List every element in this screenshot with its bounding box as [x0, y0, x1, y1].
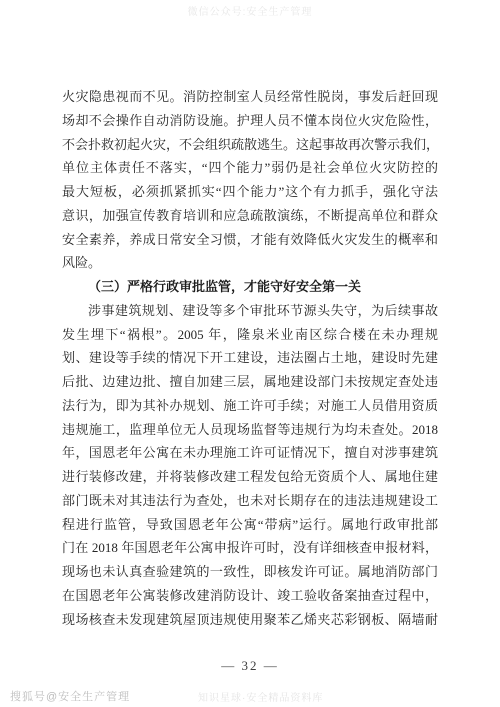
body-line: 意识，加强宣传教育培训和应急疏散演练，不断提高单位和群众 — [62, 204, 438, 228]
body-line: 场却不会操作自动消防设施。护理人员不懂本岗位火灾危险性， — [62, 109, 438, 133]
body-line: 门在 2018 年国恩老年公寓申报许可时，没有详细核查申报材料， — [62, 536, 438, 560]
page-number: — 32 — — [0, 658, 500, 674]
body-line: 火灾隐患视而不见。消防控制室人员经常性脱岗，事发后赶回现 — [62, 85, 438, 109]
section-heading: （三）严格行政审批监管，才能守好安全第一关 — [62, 275, 438, 299]
body-line: 风险。 — [62, 251, 438, 275]
body-line: 在国恩老年公寓装修改建消防设计、竣工验收备案抽查过程中， — [62, 584, 438, 608]
body-line: 安全素养，养成日常安全习惯，才能有效降低火灾发生的概率和 — [62, 228, 438, 252]
body-line: 法行为，即为其补办规划、施工许可手续；对施工人员借用资质 — [62, 394, 438, 418]
watermark-top: 微信公众号:安全生产管理 — [0, 3, 500, 18]
body-line: 单位主体责任不落实，“四个能力”弱仍是社会单位火灾防控的 — [62, 156, 438, 180]
watermark-bottom-left: 搜狐号@安全生产管理 — [10, 688, 130, 704]
body-line: 后批、边建边批、擅自加建三层，属地建设部门未按规定查处违 — [62, 370, 438, 394]
body-line: 不会扑救初起火灾，不会组织疏散逃生。这起事故再次警示我们， — [62, 133, 438, 157]
body-line: 涉事建筑规划、建设等多个审批环节源头失守，为后续事故 — [62, 299, 438, 323]
watermark-bottom-right: 知识星球·安全精品资料库 — [198, 689, 323, 704]
body-line: 年，国恩老年公寓在未办理施工许可证情况下，擅自对涉事建筑 — [62, 441, 438, 465]
body-text: 火灾隐患视而不见。消防控制室人员经常性脱岗，事发后赶回现 场却不会操作自动消防设… — [62, 85, 438, 631]
body-line: 违规施工，监理单位无人员现场监督等违规行为均未查处。2018 — [62, 418, 438, 442]
body-line: 现场也未认真查验建筑的一致性，即核发许可证。属地消防部门 — [62, 560, 438, 584]
body-line: 发生埋下“祸根”。2005 年，隆泉米业南区综合楼在未办理规 — [62, 323, 438, 347]
body-line: 部门既未对其违法行为查处，也未对长期存在的违法违规建设工 — [62, 489, 438, 513]
body-line: 划、建设等手续的情况下开工建设，违法圈占土地，建设时先建 — [62, 346, 438, 370]
body-line: 现场核查未发现建筑屋顶违规使用聚苯乙烯夹芯彩钢板、隔墙耐 — [62, 608, 438, 632]
body-line: 程进行监管，导致国恩老年公寓“带病”运行。属地行政审批部 — [62, 513, 438, 537]
document-page: 微信公众号:安全生产管理 火灾隐患视而不见。消防控制室人员经常性脱岗，事发后赶回… — [0, 0, 500, 707]
body-line: 最大短板，必须抓紧抓实“四个能力”这个有力抓手，强化守法 — [62, 180, 438, 204]
body-line: 进行装修改建，并将装修改建工程发包给无资质个人、属地住建 — [62, 465, 438, 489]
